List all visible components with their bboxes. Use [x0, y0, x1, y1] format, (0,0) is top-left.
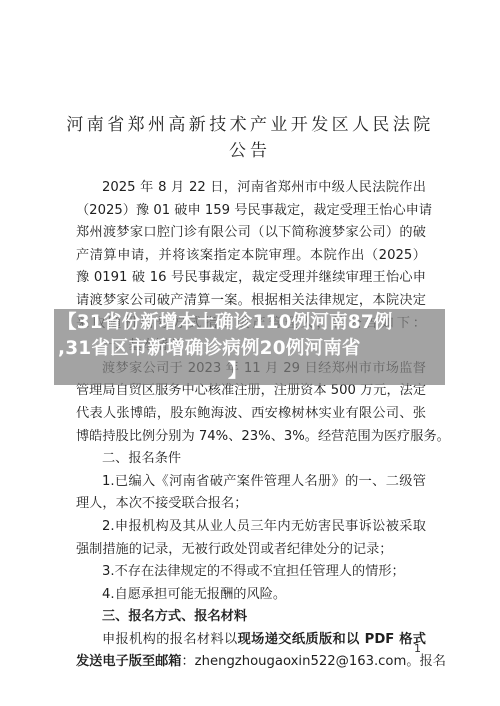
condition-item-cont: 强制措施的记录，无被行政处罚或者纪律处分的记录；: [76, 539, 426, 562]
headline-line-2: ,31省区市新增确诊病例20例河南省: [58, 336, 458, 362]
paragraph-line: 豫 0191 破 16 号民事裁定，裁定受理并继续审理王怡心申: [76, 267, 426, 290]
paragraph-line: 博皓持股比例分别为 74%、23%、3%。经营范围为医疗服务。: [76, 426, 426, 449]
section-heading-registration: 三、报名方式、报名材料: [76, 606, 426, 629]
announcement-heading: 公告: [0, 140, 500, 162]
text-bold: 现场递交纸质版和以 PDF 格式: [238, 632, 426, 647]
headline-line-1: 【31省份新增本土确诊110例河南87例: [58, 310, 458, 336]
page-number: 1: [414, 642, 421, 655]
section-heading-conditions: 二、报名条件: [76, 448, 426, 471]
condition-item: 1.已编入《河南省破产案件管理人名册》的一、二级管: [76, 471, 426, 494]
paragraph-line: 发送电子版至邮箱：zhengzhougaoxin522@163.com。报名: [76, 651, 426, 674]
paragraph-line: 产清算申请，并将该案指定本院审理。本院作出（2025）: [76, 245, 426, 268]
condition-item: 4.自愿承担可能无报酬的风险。: [76, 584, 426, 607]
announcement-body: 2025 年 8 月 22 日，河南省郑州市中级人民法院作出 （2025）豫 0…: [76, 177, 426, 674]
condition-item: 3.不存在法律规定的不得或不宜担任管理人的情形；: [76, 561, 426, 584]
paragraph-line: 代表人张博皓，股东鲍海波、西安橡树林实业有限公司、张: [76, 403, 426, 426]
paragraph-line: 郑州渡梦家口腔门诊有限公司（以下简称渡梦家公司）的破: [76, 222, 426, 245]
email-address-text: ：zhengzhougaoxin522@163.com。报名: [182, 654, 446, 669]
paragraph-line: 申报机构的报名材料以现场递交纸质版和以 PDF 格式: [76, 629, 426, 652]
condition-item-cont: 理人，本次不接受联合报名；: [76, 493, 426, 516]
headline-line-3: 】: [58, 362, 458, 382]
paragraph-line: 2025 年 8 月 22 日，河南省郑州市中级人民法院作出: [76, 177, 426, 200]
paragraph-line: （2025）豫 01 破申 159 号民事裁定，裁定受理王怡心申请: [76, 200, 426, 223]
court-title: 河南省郑州高新技术产业开发区人民法院: [0, 114, 500, 136]
headline-overlay-text: 【31省份新增本土确诊110例河南87例 ,31省区市新增确诊病例20例河南省 …: [58, 310, 458, 382]
condition-item: 2.申报机构及其从业人员三年内无妨害民事诉讼被采取: [76, 516, 426, 539]
text-bold: 发送电子版至邮箱: [76, 654, 182, 669]
text-normal: 申报机构的报名材料以: [102, 632, 238, 647]
